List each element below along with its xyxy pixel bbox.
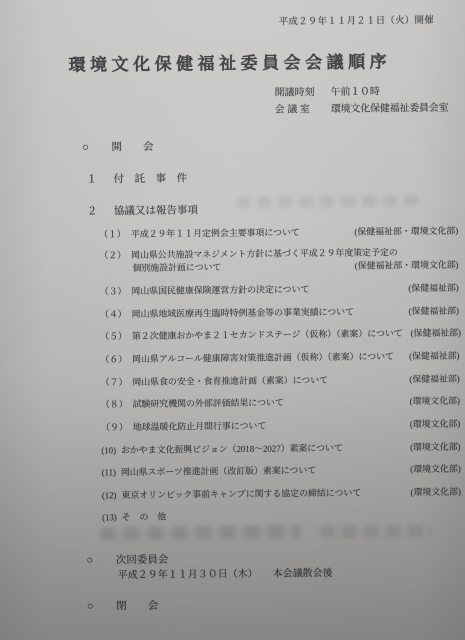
item-department: (環境文化部) [409, 394, 459, 408]
closing-label: 閉 会 [116, 601, 158, 612]
item-department: (環境文化部) [410, 462, 460, 476]
next-meeting-detail: 平成２９年１１月３０日（木） 本会議散会後 [118, 564, 333, 581]
item-text: 岡山県スポーツ推進計画（改訂版）素案について [121, 465, 316, 477]
item-number: (12) [102, 490, 117, 500]
item-department: (環境文化部) [410, 485, 460, 499]
item-department: (保健福祉部) [408, 281, 458, 295]
agenda-item-11: (11)岡山県スポーツ推進計画（改訂版）素案について (環境文化部) [102, 462, 461, 479]
item-text: 岡山県国民健康保険運営方針の決定について [131, 284, 309, 296]
meeting-time-label: 開議時刻 [275, 83, 331, 99]
meeting-date: 平成２９年１１月２１日（火）開催 [279, 12, 434, 28]
agenda-item-12: (12)東京オリンピック事前キャンプに関する協定の締結について (環境文化部) [102, 485, 461, 502]
item-number: （２） [99, 250, 126, 260]
item-text: 東京オリンピック事前キャンプに関する協定の締結について [121, 488, 361, 501]
item-text: 岡山県アルコール健康障害対策推進計画（仮称）（素案）について [132, 351, 394, 364]
item-number: （８） [101, 399, 128, 409]
agenda-item-4: （４）岡山県地域医療再生臨時特例基金等の事業実績について (保健福祉部) [100, 304, 459, 321]
item-number: （６） [100, 354, 127, 364]
item-number: （４） [100, 309, 127, 319]
referred-matters-heading: １ 付 託 事 件 [86, 170, 187, 186]
document-photo: 平成２９年１１月２１日（火）開催 環境文化保健福祉委員会会議順序 開議時刻 午前… [0, 0, 465, 640]
referred-matters-label: 付 託 事 件 [114, 173, 188, 185]
circle-marker: ○ [86, 554, 93, 566]
opening-label: 開 会 [111, 142, 153, 153]
item-text: 岡山県食の安全・食育推進計画（素案）について [132, 375, 328, 387]
item-number: （５） [100, 331, 127, 341]
item-department: (保健福祉部) [409, 372, 459, 386]
meeting-room-label: 会 議 室 [275, 100, 331, 116]
item-department: (保健福祉部・環境文化部) [354, 224, 458, 238]
item-text: おかやま文化振興ビジョン（2018～2027）素案について [121, 443, 343, 455]
circle-marker: ○ [82, 141, 89, 153]
ink-bleedthrough [237, 195, 422, 208]
ink-bleedthrough [100, 525, 300, 540]
item-department: (保健福祉部) [409, 304, 459, 318]
meeting-time-row: 開議時刻 午前１０時 [275, 82, 449, 99]
item-department: (保健福祉部) [409, 349, 459, 363]
agenda-item-6: （６）岡山県アルコール健康障害対策推進計画（仮称）（素案）について (保健福祉部… [100, 349, 459, 366]
next-meeting-label: 次回委員会 [116, 555, 169, 567]
item-text: 個別施設計画について [132, 260, 221, 274]
item-department: (環境文化部) [410, 440, 460, 454]
agenda-item-8: （８）試験研究機関の外部評価結果について (環境文化部) [101, 394, 460, 411]
meeting-meta: 開議時刻 午前１０時 会 議 室 環境文化保健福祉委員会室 [275, 82, 449, 118]
heading-number: １ [86, 174, 97, 185]
item-text: 地球温暖化防止月間行事について [133, 421, 266, 432]
item-department: (環境文化部) [410, 417, 460, 431]
paper-sheet: 平成２９年１１月２１日（火）開催 環境文化保健福祉委員会会議順序 開議時刻 午前… [0, 0, 465, 640]
item-text: 試験研究機関の外部評価結果について [133, 397, 284, 409]
agenda-item-9: （９）地球温暖化防止月間行事について (環境文化部) [101, 417, 460, 434]
ink-bleedthrough [320, 525, 432, 538]
item-department: (保健福祉部・環境文化部) [355, 258, 459, 272]
agenda-item-13: (13)そ の 他 [102, 507, 461, 524]
item-number: （９） [101, 422, 128, 432]
agenda-item-7: （７）岡山県食の安全・食育推進計画（素案）について (保健福祉部) [101, 372, 460, 389]
closing-section: ○ 閉 会 [87, 598, 158, 614]
item-number: (10) [101, 445, 116, 455]
agenda-item-10: (10)おかやま文化振興ビジョン（2018～2027）素案について (環境文化部… [101, 440, 460, 457]
discussion-heading: ２ 協議又は報告事項 [87, 202, 198, 218]
item-number: （７） [101, 377, 128, 387]
item-text: そ の 他 [122, 512, 167, 522]
item-number: （１） [99, 229, 126, 239]
meeting-room-row: 会 議 室 環境文化保健福祉委員会室 [275, 99, 449, 116]
item-department: (保健福祉部) [411, 326, 461, 340]
document-title: 環境文化保健福祉委員会会議順序 [0, 47, 462, 77]
item-number: (13) [102, 512, 117, 522]
item-text: 平成２９年１１月定例会主要事項について [131, 227, 300, 239]
opening-section: ○ 開 会 [82, 139, 153, 155]
item-number: (11) [102, 467, 116, 477]
agenda-item-3: （３）岡山県国民健康保険運営方針の決定について (保健福祉部) [100, 281, 459, 298]
agenda-item-1: （１）平成２９年１１月定例会主要事項について (保健福祉部・環境文化部) [99, 224, 458, 241]
agenda-item-5: （５）第２次健康おかやま２１セカンドステージ（仮称）（素案）について (保健福祉… [100, 326, 459, 343]
meeting-room-value: 環境文化保健福祉委員会室 [331, 99, 449, 115]
circle-marker: ○ [87, 600, 94, 612]
item-number: （３） [100, 286, 127, 296]
meeting-time-value: 午前１０時 [331, 82, 380, 98]
item-text: 第２次健康おかやま２１セカンドステージ（仮称）（素案）について [132, 328, 403, 341]
discussion-label: 協議又は報告事項 [114, 205, 198, 217]
item-text: 岡山県地域医療再生臨時特例基金等の事業実績について [132, 307, 354, 319]
agenda-item-2-continued: 個別施設計画について (保健福祉部・環境文化部) [132, 258, 458, 274]
heading-number: ２ [87, 206, 98, 217]
